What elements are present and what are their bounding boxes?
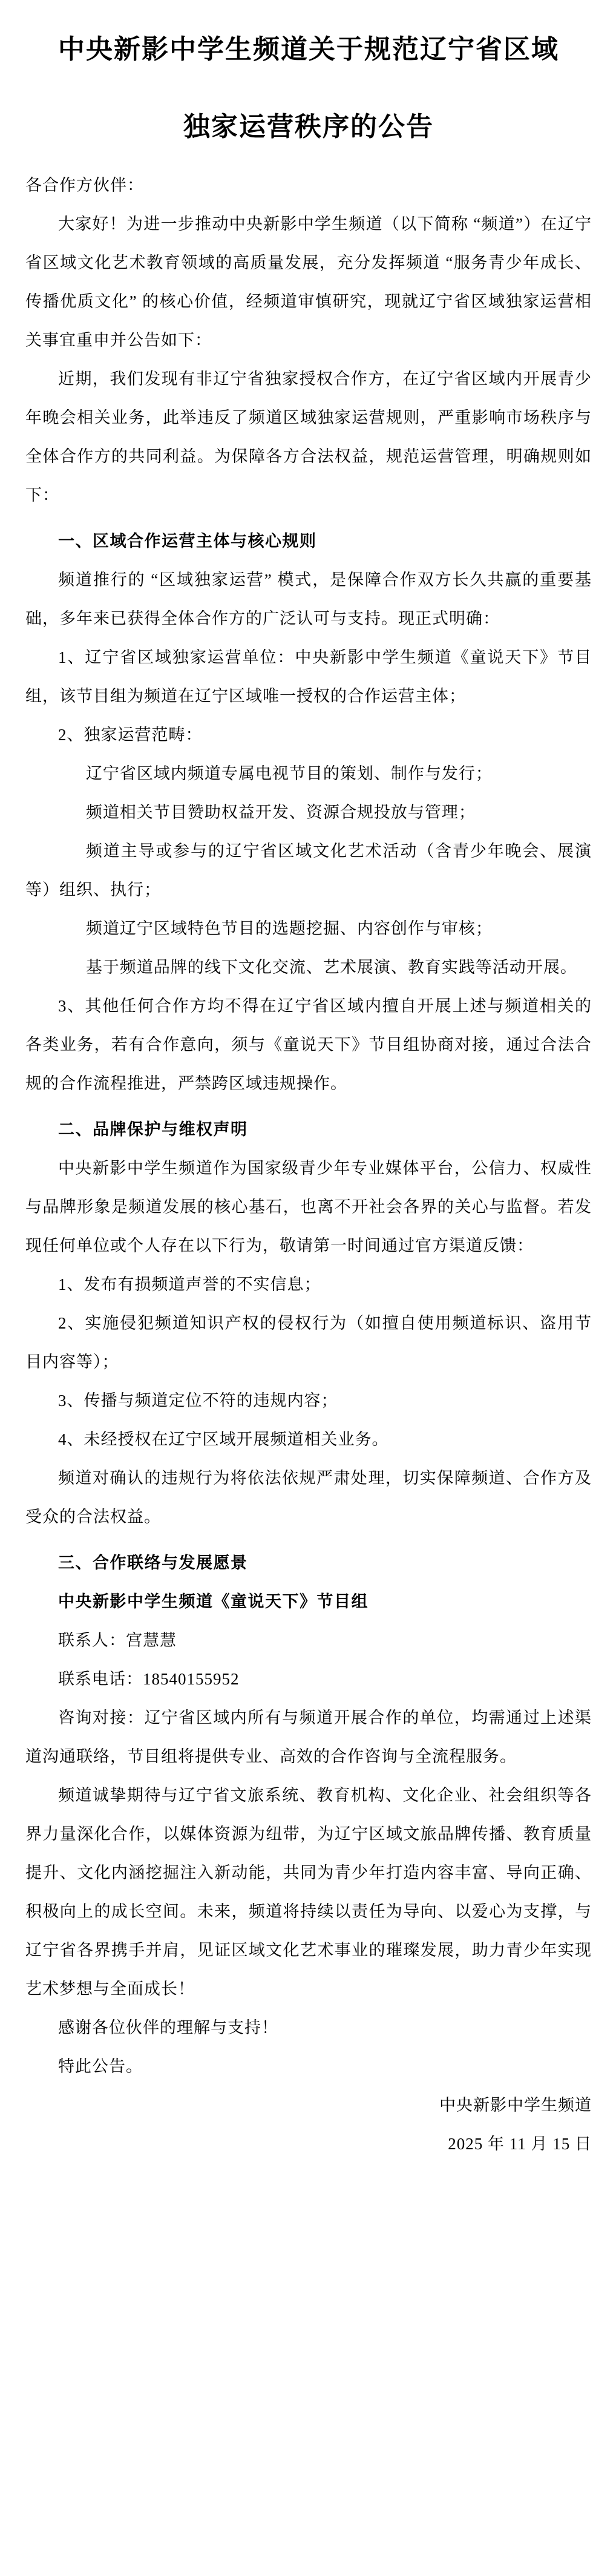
doc-paragraph: 咨询对接：辽宁省区域内所有与频道开展合作的单位，均需通过上述渠道沟通联络，节目组… xyxy=(25,1698,592,1776)
scope-sub-item: 频道辽宁区域特色节目的选题挖掘、内容创作与审核； xyxy=(25,909,592,948)
section-heading: 三、合作联络与发展愿景 xyxy=(25,1543,592,1582)
doc-paragraph: 1、辽宁省区域独家运营单位：中央新影中学生频道《童说天下》节目组，该节目组为频道… xyxy=(25,638,592,715)
signature-line: 中央新影中学生频道 xyxy=(25,2086,592,2124)
doc-paragraph: 特此公告。 xyxy=(25,2047,592,2086)
doc-paragraph: 2、独家运营范畴： xyxy=(25,715,592,754)
doc-paragraph: 1、发布有损频道声誉的不实信息； xyxy=(25,1265,592,1304)
doc-paragraph: 大家好！为进一步推动中央新影中学生频道（以下简称 “频道”）在辽宁省区域文化艺术… xyxy=(25,205,592,360)
scope-sub-item: 辽宁省区域内频道专属电视节目的策划、制作与发行； xyxy=(25,754,592,793)
program-group-name: 中央新影中学生频道《童说天下》节目组 xyxy=(25,1582,592,1621)
doc-body: 各合作方伙伴：大家好！为进一步推动中央新影中学生频道（以下简称 “频道”）在辽宁… xyxy=(25,166,592,2163)
doc-title-line-1: 中央新影中学生频道关于规范辽宁省区域 xyxy=(25,11,592,88)
doc-paragraph: 联系电话：18540155952 xyxy=(25,1660,592,1698)
doc-title-line-2: 独家运营秩序的公告 xyxy=(25,88,592,166)
doc-paragraph: 中央新影中学生频道作为国家级青少年专业媒体平台，公信力、权威性与品牌形象是频道发… xyxy=(25,1149,592,1265)
scope-sub-item: 基于频道品牌的线下文化交流、艺术展演、教育实践等活动开展。 xyxy=(25,948,592,987)
date-line: 2025 年 11 月 15 日 xyxy=(25,2124,592,2163)
doc-paragraph: 感谢各位伙伴的理解与支持！ xyxy=(25,2008,592,2047)
scope-sub-item: 频道主导或参与的辽宁省区域文化艺术活动（含青少年晚会、展演等）组织、执行； xyxy=(25,832,592,909)
salutation: 各合作方伙伴： xyxy=(25,166,592,205)
doc-paragraph: 3、其他任何合作方均不得在辽宁省区域内擅自开展上述与频道相关的各类业务，若有合作… xyxy=(25,987,592,1103)
doc-paragraph: 近期，我们发现有非辽宁省独家授权合作方，在辽宁省区域内开展青少年晚会相关业务，此… xyxy=(25,360,592,514)
announcement-document: 中央新影中学生频道关于规范辽宁省区域 独家运营秩序的公告 各合作方伙伴：大家好！… xyxy=(0,0,616,2163)
doc-paragraph: 2、实施侵犯频道知识产权的侵权行为（如擅自使用频道标识、盗用节目内容等）； xyxy=(25,1304,592,1381)
doc-paragraph: 联系人：宫慧慧 xyxy=(25,1621,592,1660)
doc-paragraph: 4、未经授权在辽宁区域开展频道相关业务。 xyxy=(25,1420,592,1459)
doc-paragraph: 频道对确认的违规行为将依法依规严肃处理，切实保障频道、合作方及受众的合法权益。 xyxy=(25,1459,592,1536)
doc-paragraph: 频道推行的 “区域独家运营” 模式，是保障合作双方长久共赢的重要基础，多年来已获… xyxy=(25,560,592,638)
scope-sub-item: 频道相关节目赞助权益开发、资源合规投放与管理； xyxy=(25,793,592,832)
section-heading: 一、区域合作运营主体与核心规则 xyxy=(25,522,592,560)
doc-paragraph: 3、传播与频道定位不符的违规内容； xyxy=(25,1381,592,1420)
doc-paragraph: 频道诚挚期待与辽宁省文旅系统、教育机构、文化企业、社会组织等各界力量深化合作，以… xyxy=(25,1776,592,2008)
section-heading: 二、品牌保护与维权声明 xyxy=(25,1110,592,1149)
